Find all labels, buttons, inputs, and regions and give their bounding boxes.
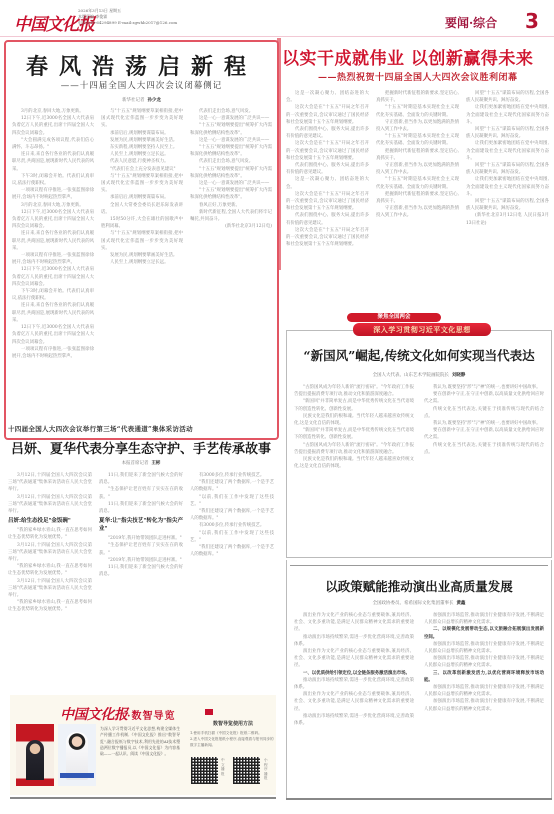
byline-prefix: 全国政协委员、希希国际文化集团董事长 — [373, 601, 454, 606]
male-presenter-figure — [26, 740, 44, 780]
paragraph: 3月的北京,春回大地,万象更新。 — [12, 108, 94, 115]
qr-label: 中文播报 — [221, 758, 225, 776]
paragraph: 民族文化是我们的根和魂。当代年轻人越来越喜欢传统文化,这是文化自信的体现。 — [294, 456, 414, 470]
paragraph: 守正创新,担当作为,以更加饱满的热情投入到工作中去。 — [376, 205, 459, 219]
right-article-title[interactable]: 以实干成就伟业 以创新赢得未来 — [282, 44, 554, 69]
lower-article-title[interactable]: 吕妍、夏华代表分享生态守护、手艺传承故事 — [8, 438, 274, 457]
paragraph: 回望"十五五"谋篇布局的历程,全国各族人民凝聚共识、踔厉奋发。 — [466, 162, 549, 176]
paragraph: "十五五"时期是基本实现社会主义现代化夯实基础、全面发力的关键时期。 — [376, 104, 459, 118]
feature-article-byline: 全国人大代表、山东艺术学院画院院长 刘晓静 — [286, 372, 552, 378]
paragraph: 民族文化是我们的根和魂。当代年轻人越来越喜欢传统文化,这是文化自信的体现。 — [294, 413, 414, 427]
qr-code-icon[interactable] — [191, 757, 218, 784]
paragraph: 下午3时,闭幕会开始。代表们认真审议,依法行使职权。 — [12, 288, 94, 302]
paragraph: 加强演出市场监管,推动演出行业健康有序发展,不断满足人民群众日益增长的精神文化需… — [424, 698, 544, 712]
paragraph: 守正创新,担当作为,以更加饱满的热情投入到工作中去。 — [376, 162, 459, 176]
paragraph: 代表们走出会场,意气风发。 — [190, 158, 272, 165]
bottom-divider — [286, 798, 552, 800]
ad-logo: 中国文化报 — [60, 704, 128, 724]
contact-line: 电话:010-64294899 E-mail:zgwhb2017@126.com — [78, 20, 228, 26]
paragraph: 12日下午,近3000名全国人大代表肩负着亿万人民的重托,出席十四届全国人大四次… — [12, 209, 94, 231]
paragraph: "古韵国风成为年轻人新的"流行密码"。"今年政府工作报告提出提振消费专项行动,推… — [294, 442, 414, 456]
paragraph: 推动演出市场持续繁荣,需进一步优化营商环境,完善政策体系。 — [294, 634, 414, 648]
subheading: 夏华:让"指尖技艺"转化为"指尖产业" — [99, 517, 183, 533]
subheading: 吕妍:给生态投足"金饭碗" — [8, 517, 92, 525]
paragraph: 推动演出市场持续繁荣,需进一步优化营商环境,完善政策体系。 — [294, 677, 414, 691]
paragraph: 这次大会是在"十五五"开局之年召开的一次重要会议,会议审议通过了国民经济和社会发… — [286, 227, 369, 249]
lower-article-kicker: 十四届全国人大四次会议举行第三场“代表通道”集体采访活动 — [8, 424, 274, 433]
paragraph: "古韵国风成为年轻人新的"流行密码"。"今年政府工作报告提出提振消费专项行动,推… — [294, 384, 414, 398]
byline-prefix: 新华社记者 — [122, 98, 145, 103]
lead-article-subtitle: ——十四届全国人大四次会议闭幕侧记 — [6, 79, 277, 91]
right-article-subtitle: ——热烈祝贺十四届全国人大四次会议胜利闭幕 — [318, 70, 554, 83]
paragraph: "代表们在会上充分发表意见建议" — [101, 166, 183, 173]
paragraph: 演出业作为文化产业的核心业态与重要载体,兼具经济、社会、文化多重功能,是满足人民… — [294, 648, 414, 670]
section-label: 要闻·综合 — [445, 14, 497, 31]
paragraph: 加强演出市场监管,推动演出行业健康有序发展,不断满足人民群众日益增长的精神文化需… — [424, 684, 544, 698]
lower-article-column-3: 有3000多位,传承行业传统技艺。 "我们还建设了两个数据库,一个是手艺人的数据… — [190, 472, 274, 690]
paragraph: "2019年,我开始带领团队走进村寨。" — [99, 557, 183, 564]
paragraph: 让我们更加紧密地团结在党中央周围,为全面建设社会主义现代化国家而努力奋斗。 — [466, 176, 549, 198]
policy-article-column-1: 演出业作为文化产业的核心业态与重要载体,兼具经济、社会、文化多重功能,是满足人民… — [294, 612, 414, 794]
paragraph: 12日下午,近3000名全国人大代表肩负着亿万人民的重托,出席十四届全国人大四次… — [12, 115, 94, 137]
paragraph: "以前,我们在工作中发现了这些技艺。" — [190, 530, 274, 544]
paragraph: "2019年,我开始带领团队走进村寨。" — [99, 535, 183, 542]
paragraph: 演出业作为文化产业的核心业态与重要载体,兼具经济、社会、文化多重功能,是满足人民… — [294, 612, 414, 634]
paragraph: 全国人大常委会委员长赵乐际发表讲话。 — [101, 202, 183, 216]
feature-article-column-1: "古韵国风成为年轻人新的"流行密码"。"今年政府工作报告提出提振消费专项行动,推… — [294, 384, 414, 554]
paragraph: 3月12日,十四届全国人大四次会议第三场"代表通道"集体采访活动在人民大会堂举行… — [8, 494, 92, 516]
paragraph: 加强演出市场监管,推动演出行业健康有序发展,不断满足人民群众日益增长的精神文化需… — [424, 641, 544, 655]
page-number: 3 — [525, 9, 539, 33]
ad-description: 为深入学习贯彻习近平文化思想,构建全媒体生产传播工作机制,《中国文化报》推出"数… — [100, 726, 180, 757]
guide-step: 2.进入中国文化报报纸小程序,直接观看与报刊同步的数字主播新闻。 — [190, 736, 276, 748]
paragraph: "以前,我们在工作中发现了这些技艺。" — [190, 494, 274, 508]
paragraph: "我的家乡绿水青山,我一直在思考如何让生态优势转化为发展优势。" — [8, 527, 92, 541]
paragraph: 加强演出市场监管,推动演出行业健康有序发展,不断满足人民群众日益增长的精神文化需… — [424, 612, 544, 626]
paragraph: 连日来,来自各行各业的代表们认真履职尽责,共商国是,展现新时代人民代表的风采。 — [12, 302, 94, 324]
byline-name: 黄鑫 — [456, 601, 465, 606]
masthead-divider — [0, 36, 554, 37]
paragraph: 承前启后,规划纲要谋篇布局。 — [101, 194, 183, 201]
paragraph: "我的家乡绿水青山,我一直在思考如何让生态优势转化为发展优势。" — [8, 599, 92, 613]
qr-code-icon[interactable] — [233, 757, 260, 784]
paragraph: 传统文化在当代表达,关键在于找准传统与现代的结合点。 — [424, 406, 544, 420]
paragraph: 发展为民,规划纲要擘画美好生活。 — [101, 137, 183, 144]
paragraph: 人民至上,规划纲要立足长远。 — [101, 151, 183, 158]
paragraph: 春风正好,万象更新。 — [190, 202, 272, 209]
section-heading: 三、以改革创新激发活力,以优化营商环境释放市场动能。 — [424, 670, 544, 684]
policy-article-column-2: 加强演出市场监管,推动演出行业健康有序发展,不断满足人民群众日益增长的精神文化需… — [424, 612, 544, 794]
paragraph: 我认为,既要坚持"形"与"神"的统一,也要讲好中国故事。 — [424, 420, 544, 427]
right-article-accent-bar — [277, 38, 281, 270]
qr-label: 小程序播报 — [264, 758, 268, 781]
paragraph: 代表们围绕中心、服务大局,提出许多有价值的意见建议。 — [286, 162, 369, 176]
paragraph: 这次大会是在"十五五"开局之年召开的一次重要会议,会议审议通过了国民经济和社会发… — [286, 191, 369, 213]
paragraph: 3月的北京,春回大地,万象更新。 — [12, 202, 94, 209]
paragraph: 3月12日,十四届全国人大四次会议第三场"代表通道"集体采访活动在人民大会堂举行… — [8, 542, 92, 564]
paragraph: 加强演出市场监管,推动演出行业健康有序发展,不断满足人民群众日益增长的精神文化需… — [424, 655, 544, 669]
byline-name: 刘晓静 — [452, 373, 466, 378]
paragraph: (新华社北京3月12日电) — [190, 223, 272, 230]
paragraph: 与"十五五"规划纲要草案相衔接,把中国式现代化宏伟蓝图一步步变为美好现实。 — [101, 108, 183, 130]
paragraph: "新国风"并非简单复古,而是中华优秀传统文化在当代语境下的创造性转化、创新性发展… — [294, 427, 414, 441]
paragraph: 把握新时代新征程的新要求,坚定信心,真抓实干。 — [376, 148, 459, 162]
lead-article-column-2: 与"十五五"规划纲要草案相衔接,把中国式现代化宏伟蓝图一步步变为美好现实。 承前… — [101, 108, 183, 436]
paragraph: "十五五"规划纲要提出"统筹扩大内需和深化供给侧结构性改革"。 — [190, 166, 272, 180]
paragraph: "我们还建设了两个数据库,一个是手艺人的数据库。" — [190, 544, 274, 558]
paragraph: "十五五"时期是基本实现社会主义现代化夯实基础、全面发力的关键时期。 — [376, 133, 459, 147]
lower-article-column-2: 11日,我们迎来了新全国气候大会的好消息。 "生态保护让老百姓有了实实在在的收获… — [99, 472, 183, 690]
paragraph: 让我们更加紧密地团结在党中央周围,为全面建设社会主义现代化国家而努力奋斗。 — [466, 104, 549, 126]
lead-article[interactable]: 春风浩荡启新程 ——十四届全国人大四次会议闭幕侧记 新华社记者 孙少龙 3月的北… — [4, 40, 279, 440]
paragraph: (新华社北京3月12日电 人民日报3月13日社论) — [466, 212, 549, 226]
paragraph: 发展为民,规划纲要擘画美好生活。 — [101, 252, 183, 259]
paragraph: 人民至上,规划纲要立足长远。 — [101, 259, 183, 266]
paragraph: 代表们围绕中心、服务大局,提出许多有价值的意见建议。 — [286, 212, 369, 226]
paragraph: 把握新时代新征程的新要求,坚定信心,真抓实干。 — [376, 90, 459, 104]
paragraph: 代表人民意愿,行使神圣权力。 — [101, 158, 183, 165]
section-heading: 一、以优质供给引领定位,以全链条服务激活演出市场。 — [294, 670, 414, 677]
paragraph: "生态保护让老百姓有了实实在在的收获。" — [99, 542, 183, 556]
section-heading: 二、以规模化发展带动生态,以文旅融合拓展演出发展新空间。 — [424, 626, 544, 640]
paragraph: "十五五"规划纲要提出"统筹扩大内需和深化供给侧结构性改革"。 — [190, 122, 272, 136]
lead-article-column-1: 3月的北京,春回大地,万象更新。 12日下午,近3000名全国人大代表肩负着亿万… — [12, 108, 94, 436]
lower-article-byline: 本报首席记者 王彬 — [8, 460, 274, 466]
paragraph: 11日,我们迎来了新全国气候大会的好消息。 — [99, 564, 183, 578]
lead-article-column-3: 代表们走出会场,意气风发。 这是一心一意谋发展的广泛共识—— "十五五"规划纲要… — [190, 108, 272, 436]
paragraph: "十五五"时期是基本实现社会主义现代化夯实基础、全面发力的关键时期。 — [376, 176, 459, 190]
paragraph: 15时50分许,大会在雄壮的国歌声中胜利闭幕。 — [101, 216, 183, 230]
paragraph: "大会圆满完成各项议程,代表们信心满怀、斗志昂扬。" — [12, 137, 94, 151]
paragraph: "新国风"并非简单复古,而是中华优秀传统文化在当代语境下的创造性转化、创新性发展… — [294, 398, 414, 412]
paragraph: 一项项议程有序推进,一张张蓝图徐徐展开,会场内不时响起热烈掌声。 — [12, 187, 94, 201]
paragraph: 把握新时代新征程的新要求,坚定信心,真抓实干。 — [376, 191, 459, 205]
ad-red-block — [205, 709, 213, 715]
paragraph: 这是一心一意谋发展的广泛共识—— — [190, 137, 272, 144]
byline-name: 孙少龙 — [147, 98, 161, 103]
lead-article-title: 春风浩荡启新程 — [6, 50, 277, 81]
paragraph: "十五五"规划纲要提出"统筹扩大内需和深化供给侧结构性改革"。 — [190, 187, 272, 201]
paragraph: "生态保护让老百姓有了实实在在的收获。" — [99, 486, 183, 500]
guide-steps: 1.使用手机扫描《中国文化报》报纸二维码。 2.进入中国文化报报纸小程序,直接观… — [190, 730, 276, 748]
paragraph: "我的家乡绿水青山,我一直在思考如何让生态优势转化为发展优势。" — [8, 563, 92, 577]
paragraph: 3月12日,十四届全国人大四次会议第三场"代表通道"集体采访活动在人民大会堂举行… — [8, 578, 92, 600]
paragraph: 守正创新,担当作为,以更加饱满的热情投入到工作中去。 — [376, 119, 459, 133]
paragraph: 我认为,既要坚持"形"与"神"的统一,也要讲好中国故事。 — [424, 384, 544, 391]
paragraph: 11日,我们迎来了新全国气候大会的好消息。 — [99, 501, 183, 515]
presenter-tag — [60, 773, 94, 778]
right-article-column-1: 这是一次凝心聚力、团结奋进的大会。 这次大会是在"十五五"开局之年召开的一次重要… — [286, 90, 369, 312]
ad-bottom-rule — [10, 797, 276, 799]
paragraph: 这次大会是在"十五五"开局之年召开的一次重要会议,会议审议通过了国民经济和社会发… — [286, 140, 369, 162]
paragraph: 演出业作为文化产业的核心业态与重要载体,兼具经济、社会、文化多重功能,是满足人民… — [294, 691, 414, 713]
paragraph: "十五五"规划纲要提出"统筹扩大内需和深化供给侧结构性改革"。 — [190, 144, 272, 158]
paragraph: 新时代新征程,全国人大代表们将牢记嘱托,共同奋斗。 — [190, 209, 272, 223]
byline-prefix: 本报首席记者 — [122, 461, 149, 466]
lower-article-column-1: 3月12日,十四届全国人大四次会议第三场"代表通道"集体采访活动在人民大会堂举行… — [8, 472, 92, 690]
paragraph: 推动演出市场持续繁荣,需进一步优化营商环境,完善政策体系。 — [294, 713, 414, 727]
policy-article-title[interactable]: 以政策赋能推动演出业高质量发展 — [286, 577, 552, 595]
paragraph: 下午3时,闭幕会开始。代表们认真审议,依法行使职权。 — [12, 173, 94, 187]
byline-name: 王彬 — [151, 461, 160, 466]
byline-prefix: 全国人大代表、山东艺术学院画院院长 — [373, 373, 450, 378]
right-article-column-2: 把握新时代新征程的新要求,坚定信心,真抓实干。 "十五五"时期是基本实现社会主义… — [376, 90, 459, 312]
section-divider — [290, 565, 548, 566]
paragraph: 这次大会是在"十五五"开局之年召开的一次重要会议,会议审议通过了国民经济和社会发… — [286, 104, 369, 126]
paragraph: 有3000多位,传承行业传统技艺。 — [190, 472, 274, 479]
paragraph: 12日下午,近3000名全国人大代表肩负着亿万人民的重托,出席十四届全国人大四次… — [12, 266, 94, 288]
paragraph: 这是一次凝心聚力、团结奋进的大会。 — [286, 176, 369, 190]
paragraph: 与"十五五"规划纲要草案相衔接,把中国式现代化宏伟蓝图一步步变为美好现实。 — [101, 173, 183, 195]
paragraph: 与"十五五"规划纲要草案相衔接,把中国式现代化宏伟蓝图一步步变为美好现实。 — [101, 230, 183, 252]
paragraph: 这是一次凝心聚力、团结奋进的大会。 — [286, 90, 369, 104]
paragraph: 东实新程,规划纲要坚持人民至上。 — [101, 144, 183, 151]
paragraph: 3月12日,十四届全国人大四次会议第三场"代表通道"集体采访活动在人民大会堂举行… — [8, 472, 92, 494]
masthead-meta: 2026年3月13日 星期五 本版责编 李俊霖 电话:010-64294899 … — [78, 8, 228, 26]
paragraph: 一项项议程有序推进,一张张蓝图徐徐展开,会场内不时响起热烈掌声。 — [12, 346, 94, 360]
campaign-banner[interactable]: 深入学习贯彻习近平文化思想 — [353, 323, 491, 336]
right-article-column-3: 回望"十五五"谋篇布局的历程,全国各族人民凝聚共识、踔厉奋发。 让我们更加紧密地… — [466, 90, 549, 312]
paragraph: 要在创新中守正,在守正中创新,以高质量文化供给回应时代之需。 — [424, 427, 544, 441]
paragraph: 这是一心一意谋发展的广泛共识—— — [190, 180, 272, 187]
paragraph: 回望"十五五"谋篇布局的历程,全国各族人民凝聚共识、踔厉奋发。 — [466, 126, 549, 140]
paragraph: 要在创新中守正,在守正中创新,以高质量文化供给回应时代之需。 — [424, 391, 544, 405]
lead-article-byline: 新华社记者 孙少龙 — [6, 97, 277, 103]
paragraph: "我们还建设了两个数据库,一个是手艺人的数据库。" — [190, 508, 274, 522]
paragraph: 12日下午,近3000名全国人大代表肩负着亿万人民的重托,出席十四届全国人大四次… — [12, 324, 94, 346]
paragraph: 承前启后,规划纲要谋篇布局。 — [101, 130, 183, 137]
paragraph: 连日来,来自各行各业的代表们认真履职尽责,共商国是,展现新时代人民代表的风采。 — [12, 151, 94, 173]
paragraph: 回望"十五五"谋篇布局的历程,全国各族人民凝聚共识、踔厉奋发。 — [466, 90, 549, 104]
paragraph: 让我们更加紧密地团结在党中央周围,为全面建设社会主义现代化国家而努力奋斗。 — [466, 140, 549, 162]
feature-article-column-2: 我认为,既要坚持"形"与"神"的统一,也要讲好中国故事。 要在创新中守正,在守正… — [424, 384, 544, 554]
paragraph: 代表们走出会场,意气风发。 — [190, 108, 272, 115]
paragraph: 有3000多位,传承行业传统技艺。 — [190, 522, 274, 529]
paragraph: 回望"十五五"谋篇布局的历程,全国各族人民凝聚共识、踔厉奋发。 — [466, 198, 549, 212]
guide-title: 数智导览使用方法 — [193, 720, 273, 727]
policy-article-byline: 全国政协委员、希希国际文化集团董事长 黄鑫 — [286, 600, 552, 606]
campaign-tag: 聚焦全国两会 — [347, 313, 441, 322]
paragraph: 传统文化在当代表达,关键在于找准传统与现代的结合点。 — [424, 442, 544, 456]
ad-title-suffix: ·数智导览 — [127, 707, 175, 722]
paragraph: 代表们围绕中心、服务大局,提出许多有价值的意见建议。 — [286, 126, 369, 140]
paragraph: 这是一心一意谋发展的广泛共识—— — [190, 115, 272, 122]
feature-article-title[interactable]: “新国风”崛起,传统文化如何实现当代表达 — [286, 346, 552, 364]
paragraph: 11日,我们迎来了新全国气候大会的好消息。 — [99, 472, 183, 486]
paragraph: 连日来,来自各行各业的代表们认真履职尽责,共商国是,展现新时代人民代表的风采。 — [12, 230, 94, 252]
paragraph: 一项项议程有序推进,一张张蓝图徐徐展开,会场内不时响起热烈掌声。 — [12, 252, 94, 266]
paragraph: "我们还建设了两个数据库,一个是手艺人的数据库。" — [190, 479, 274, 493]
